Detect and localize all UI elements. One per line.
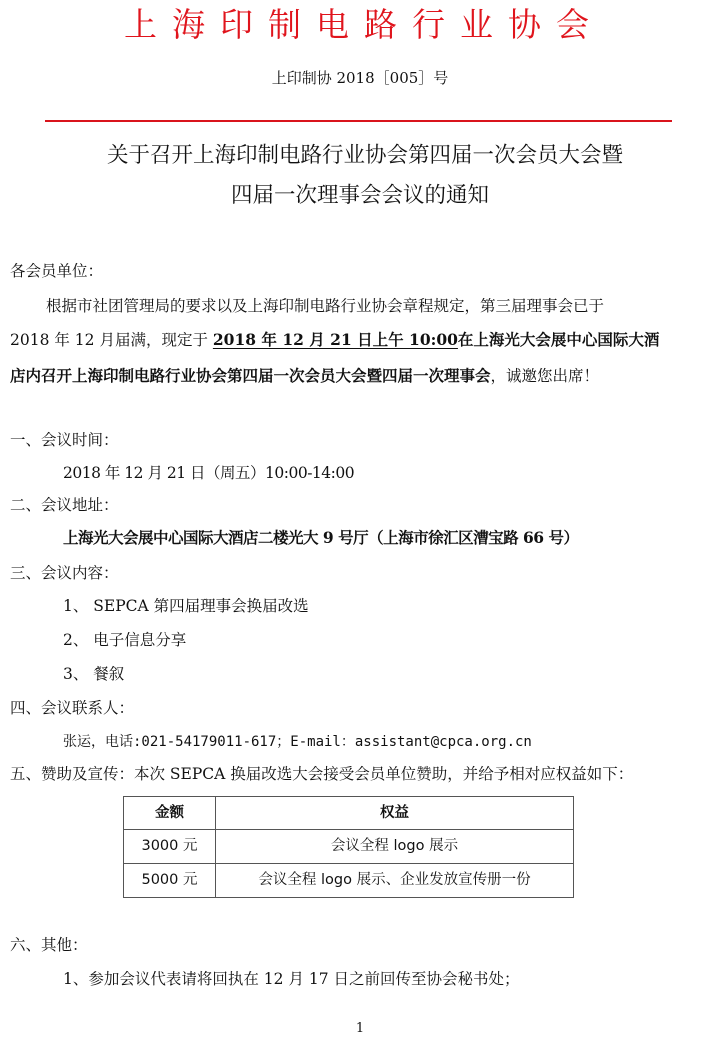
cell-benefits: 会议全程 logo 展示、企业发放宣传册一份 — [216, 864, 574, 898]
red-header-rule — [45, 120, 672, 122]
content-item: 2、 电子信息分享 — [63, 628, 186, 652]
intro-line-3: 店内召开上海印制电路行业协会第四届一次会员大会暨四届一次理事会，诚邀您出席！ — [10, 364, 599, 388]
section-sponsorship-heading: 五、赞助及宣传：本次 SEPCA 换届改选大会接受会员单位赞助，并给予相对应权益… — [10, 762, 633, 786]
intro-line-1: 根据市社团管理局的要求以及上海印制电路行业协会章程规定，第三届理事会已于 — [46, 294, 604, 318]
salutation: 各会员单位： — [10, 259, 103, 283]
content-item: 1、 SEPCA 第四届理事会换届改选 — [63, 594, 309, 618]
table-header-row: 金额 权益 — [124, 797, 574, 830]
document-number: 上印制协 2018［005］号 — [0, 67, 720, 89]
organization-name: 上海印制电路行业协会 — [0, 2, 720, 48]
content-item: 3、 餐叙 — [63, 662, 124, 686]
intro-invitation: ，诚邀您出席！ — [491, 367, 600, 385]
section-time-value: 2018 年 12 月 21 日（周五）10:00-14:00 — [63, 461, 354, 485]
meeting-datetime-highlight: 2018 年 12 月 21 日上午 10:00 — [213, 330, 458, 349]
cell-amount: 3000 元 — [124, 830, 216, 864]
table-row: 5000 元 会议全程 logo 展示、企业发放宣传册一份 — [124, 864, 574, 898]
cell-amount: 5000 元 — [124, 864, 216, 898]
section-address-value: 上海光大会展中心国际大酒店二楼光大 9 号厅（上海市徐汇区漕宝路 66 号） — [63, 526, 578, 550]
intro-meeting-bold: 店内召开上海印制电路行业协会第四届一次会员大会暨四届一次理事会 — [10, 366, 491, 385]
sponsorship-table: 金额 权益 3000 元 会议全程 logo 展示 5000 元 会议全程 lo… — [123, 796, 574, 898]
intro-line-2-prefix: 2018 年 12 月届满，现定于 — [10, 331, 213, 349]
section-other-heading: 六、其他： — [10, 933, 88, 957]
column-header-benefits: 权益 — [216, 797, 574, 830]
section-address-heading: 二、会议地址： — [10, 493, 119, 517]
cell-benefits: 会议全程 logo 展示 — [216, 830, 574, 864]
section-contact-heading: 四、会议联系人： — [10, 696, 134, 720]
section-content-heading: 三、会议内容： — [10, 561, 119, 585]
page-number: 1 — [0, 1021, 720, 1036]
table-row: 3000 元 会议全程 logo 展示 — [124, 830, 574, 864]
notice-title-line-2: 四届一次理事会会议的通知 — [0, 181, 720, 211]
column-header-amount: 金额 — [124, 797, 216, 830]
intro-venue-bold: 在上海光大会展中心国际大酒 — [458, 330, 660, 349]
section-contact-value: 张运，电话:021-54179011-617；E-mail：assistant@… — [63, 730, 532, 754]
notice-title-line-1: 关于召开上海印制电路行业协会第四届一次会员大会暨 — [0, 141, 720, 171]
section-time-heading: 一、会议时间： — [10, 428, 119, 452]
other-item: 1、参加会议代表请将回执在 12 月 17 日之前回传至协会秘书处； — [63, 967, 520, 991]
intro-line-2: 2018 年 12 月届满，现定于 2018 年 12 月 21 日上午 10:… — [10, 328, 659, 352]
